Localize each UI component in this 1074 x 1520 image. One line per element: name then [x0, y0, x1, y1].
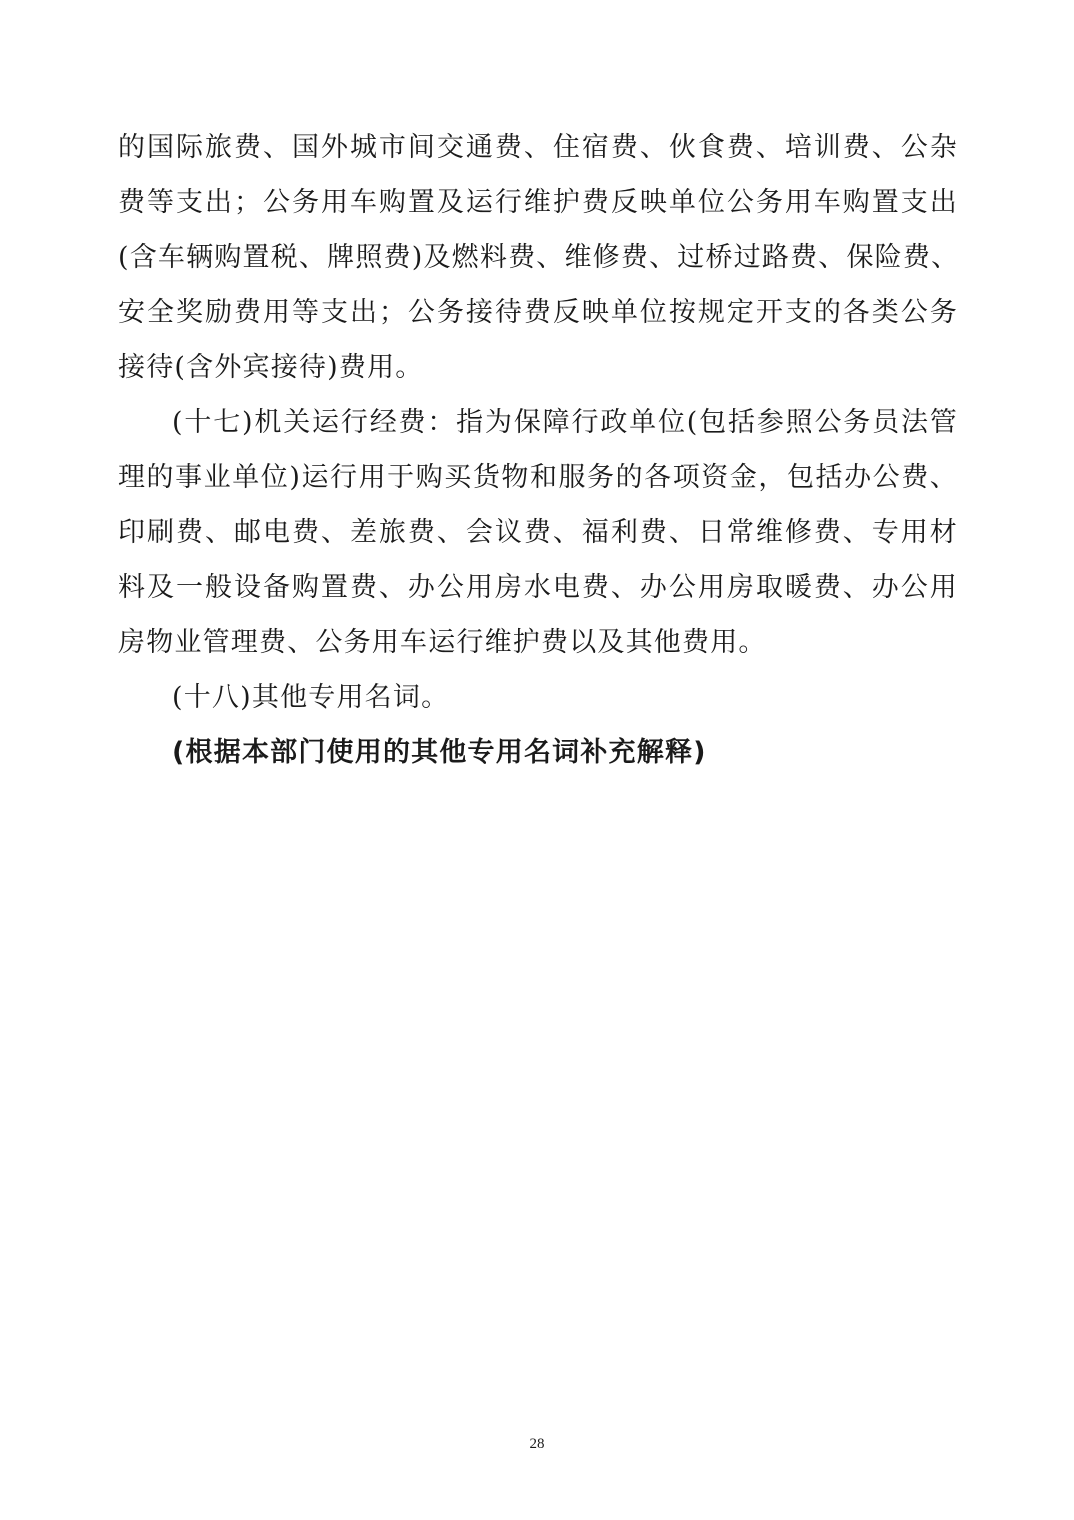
- paragraph-line: 料及一般设备购置费、办公用房水电费、办公用房取暖费、办公用: [118, 568, 958, 608]
- page-number: 28: [0, 1436, 1074, 1453]
- paragraph-line: 费等支出；公务用车购置及运行维护费反映单位公务用车购置支出: [118, 183, 958, 223]
- paragraph-line: 的国际旅费、国外城市间交通费、住宿费、伙食费、培训费、公杂: [118, 128, 958, 168]
- document-page: 的国际旅费、国外城市间交通费、住宿费、伙食费、培训费、公杂 费等支出；公务用车购…: [0, 0, 1074, 1520]
- paragraph-line: 安全奖励费用等支出；公务接待费反映单位按规定开支的各类公务: [118, 293, 958, 333]
- paragraph-line: 理的事业单位)运行用于购买货物和服务的各项资金，包括办公费、: [118, 458, 958, 498]
- section-17-heading-line: (十七)机关运行经费：指为保障行政单位(包括参照公务员法管: [172, 403, 958, 443]
- section-18-heading: (十八)其他专用名词。: [172, 678, 958, 718]
- paragraph-line: 印刷费、邮电费、差旅费、会议费、福利费、日常维修费、专用材: [118, 513, 958, 553]
- paragraph-line: (含车辆购置税、牌照费)及燃料费、维修费、过桥过路费、保险费、: [118, 238, 958, 278]
- supplement-note: (根据本部门使用的其他专用名词补充解释): [172, 733, 958, 773]
- paragraph-line: 房物业管理费、公务用车运行维护费以及其他费用。: [118, 623, 958, 663]
- paragraph-line: 接待(含外宾接待)费用。: [118, 348, 958, 388]
